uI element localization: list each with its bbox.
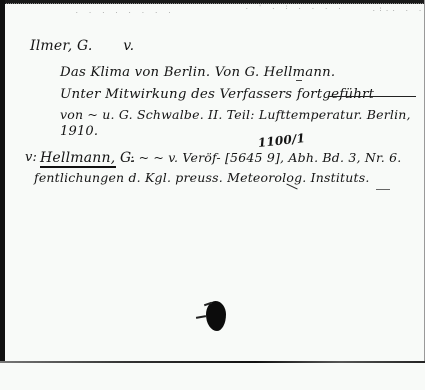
shelf-mark: 1100/1 [257, 131, 306, 150]
card-left-edge [0, 0, 5, 362]
author-heading: Ilmer, G. v. [30, 38, 134, 54]
reference-name-underline [40, 166, 116, 168]
title-line-1-mark [296, 80, 302, 81]
catalog-card: . . . . . . . . . ' . : . . . . .:.. . .… [0, 0, 425, 390]
ink-splash [196, 315, 206, 319]
reference-line-2: fentlichungen d. Kgl. preuss. Meteorolog… [34, 170, 370, 185]
scan-noise: . ' . : . . . . [245, 4, 344, 11]
reference-line-1: : ~ ~ v. Veröf- [5645 9], Abh. Bd. 3, Nr… [130, 150, 401, 165]
author-heading-suffix: v. [123, 38, 134, 54]
reference-name: Hellmann, G. [40, 150, 136, 166]
scan-noise: .:.. . . [372, 6, 425, 13]
title-line-1: Das Klima von Berlin. Von G. Hellmann. [60, 65, 335, 80]
card-top-edge [0, 0, 425, 4]
title-line-4: 1910. [60, 124, 98, 139]
scan-noise: . . . . . . . . [75, 8, 174, 15]
ink-blot [206, 301, 226, 331]
author-name: Ilmer, G. [30, 38, 93, 54]
strike-through-line [328, 96, 416, 97]
title-line-3: von ~ u. G. Schwalbe. II. Teil: Lufttemp… [60, 107, 411, 122]
reference-prefix: v: [25, 150, 37, 165]
scan-background [0, 363, 425, 390]
title-line-2: Unter Mitwirkung des Verfassers fortgefü… [60, 87, 374, 102]
pen-stroke [376, 189, 390, 190]
